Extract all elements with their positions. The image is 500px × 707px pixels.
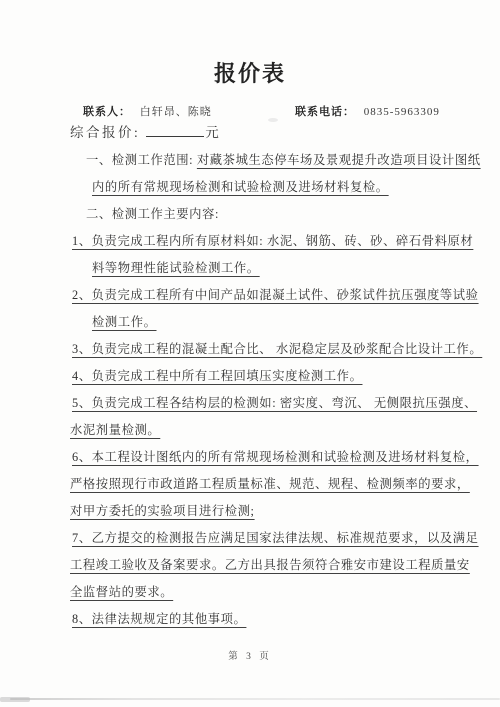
item-7-line-1: 7、乙方提交的检测报告应满足国家法律法规、标准规范要求，以及满足 xyxy=(70,525,452,552)
item-1-line-1: 1、负责完成工程内所有原材料如: 水泥、钢筋、砖、砂、碎石骨料原材 xyxy=(70,228,452,255)
item-8-line-1: 8、法律法规规定的其他事项。 xyxy=(70,606,452,633)
item-6-line-3: 对甲方委托的实验项目进行检测; xyxy=(70,498,452,525)
scan-corner-artifact xyxy=(0,697,30,702)
list-item: 5、负责完成工程各结构层的检测如: 密实度、弯沉、 无侧限抗压强度、 水泥剂量检… xyxy=(70,390,452,444)
contact-phone-value: 0835-5963309 xyxy=(364,106,440,118)
scan-speck-artifact xyxy=(268,118,278,122)
list-item: 3、负责完成工程的混凝土配合比、 水泥稳定层及砂浆配合比设计工作。 xyxy=(70,336,452,363)
section2-heading: 二、检测工作主要内容: xyxy=(70,201,452,228)
scan-edge-artifact xyxy=(10,698,500,700)
item-2-line-2: 检测工作。 xyxy=(70,309,452,336)
item-6-line-1: 6、本工程设计图纸内的所有常规现场检测和试验检测及进场材料复检， xyxy=(70,444,452,471)
list-item: 7、乙方提交的检测报告应满足国家法律法规、标准规范要求，以及满足 工程竣工验收及… xyxy=(70,525,452,606)
list-item: 2、负责完成工程所有中间产品如混凝土试件、砂浆试件抗压强度等试验 检测工作。 xyxy=(70,282,452,336)
item-1-line-2: 料等物理性能试验检测工作。 xyxy=(70,255,452,282)
contact-person: 联系人： 白轩昂、陈晓 xyxy=(83,103,212,119)
contact-person-value: 白轩昂、陈晓 xyxy=(140,106,212,118)
scanned-quotation-document: 报价表 联系人： 白轩昂、陈晓 联系电话： 0835-5963309 综合报价:… xyxy=(0,0,500,707)
page-number: 第 3 页 xyxy=(0,648,500,662)
section1-heading-line: 一、检测工作范围: 对藏茶城生态停车场及景观提升改造项目设计图纸 xyxy=(70,147,452,174)
item-3-line-1: 3、负责完成工程的混凝土配合比、 水泥稳定层及砂浆配合比设计工作。 xyxy=(70,336,452,363)
quote-unit: 元 xyxy=(205,125,221,140)
contact-person-label: 联系人： xyxy=(83,106,131,118)
document-body: 一、检测工作范围: 对藏茶城生态停车场及景观提升改造项目设计图纸 内的所有常规现… xyxy=(70,147,452,633)
contact-row: 联系人： 白轩昂、陈晓 联系电话： 0835-5963309 xyxy=(0,103,500,119)
item-4-line-1: 4、负责完成工程中所有工程回填压实度检测工作。 xyxy=(70,363,452,390)
section1-scope-line2: 内的所有常规现场检测和试验检测及进场材料复检。 xyxy=(70,174,452,201)
section1-scope-line1: 对藏茶城生态停车场及景观提升改造项目设计图纸 xyxy=(197,153,481,167)
item-5-line-1: 5、负责完成工程各结构层的检测如: 密实度、弯沉、 无侧限抗压强度、 xyxy=(70,390,452,417)
item-7-line-3: 全监督站的要求。 xyxy=(70,579,452,606)
item-5-line-2: 水泥剂量检测。 xyxy=(70,417,452,444)
quote-amount-blank xyxy=(146,123,204,137)
quote-row: 综合报价:元 xyxy=(70,121,221,141)
quote-label: 综合报价: xyxy=(70,125,140,140)
item-2-line-1: 2、负责完成工程所有中间产品如混凝土试件、砂浆试件抗压强度等试验 xyxy=(70,282,452,309)
list-item: 8、法律法规规定的其他事项。 xyxy=(70,606,452,633)
list-item: 4、负责完成工程中所有工程回填压实度检测工作。 xyxy=(70,363,452,390)
contact-phone: 联系电话： 0835-5963309 xyxy=(295,103,440,119)
list-item: 6、本工程设计图纸内的所有常规现场检测和试验检测及进场材料复检， 严格按照现行市… xyxy=(70,444,452,525)
section1-heading: 一、检测工作范围: xyxy=(86,153,197,167)
contact-phone-label: 联系电话： xyxy=(295,106,355,118)
list-item: 1、负责完成工程内所有原材料如: 水泥、钢筋、砖、砂、碎石骨料原材 料等物理性能… xyxy=(70,228,452,282)
page-title: 报价表 xyxy=(0,57,500,88)
item-6-line-2: 严格按照现行市政道路工程质量标准、规范、规程、检测频率的要求， xyxy=(70,471,452,498)
item-7-line-2: 工程竣工验收及备案要求。乙方出具报告须符合雅安市建设工程质量安 xyxy=(70,552,452,579)
